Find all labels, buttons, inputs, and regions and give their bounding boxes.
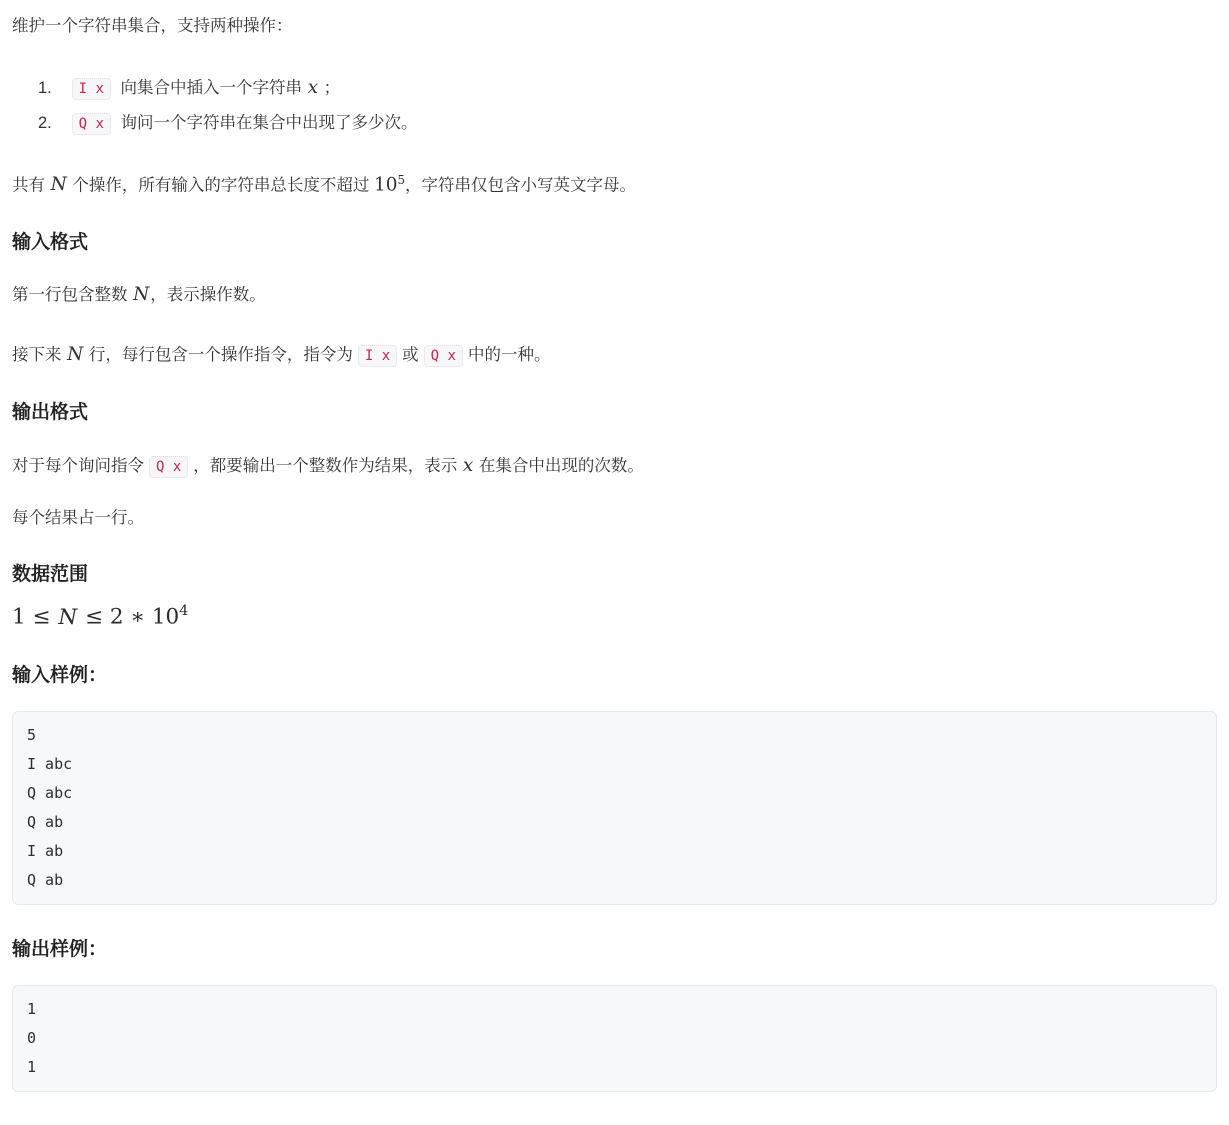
- section-heading-output-format: 输出格式: [12, 401, 1217, 425]
- math-superscript: 4: [179, 603, 188, 619]
- inline-code-insert: I x: [358, 345, 397, 367]
- list-item-text: 询问一个字符串在集合中出现了多少次。: [120, 114, 417, 132]
- problem-intro: 维护一个字符串集合，支持两种操作：: [12, 14, 1217, 40]
- list-item-insert: 1. I x 向集合中插入一个字符串 x ；: [38, 71, 1217, 106]
- data-range-formula: 1 ≤ N ≤ 2 ∗ 104: [12, 601, 1217, 634]
- math-var-n: N: [50, 174, 68, 195]
- math-var-n: N: [66, 344, 84, 365]
- math-number: 10: [374, 174, 398, 195]
- math-var-x: x: [462, 455, 474, 476]
- math-var-n: N: [57, 605, 78, 630]
- list-item-punct: ；: [324, 79, 341, 97]
- list-item-query: 2. Q x 询问一个字符串在集合中出现了多少次。: [38, 106, 1217, 141]
- math-var-n: N: [132, 284, 150, 305]
- section-heading-sample-input: 输入样例：: [12, 664, 1217, 688]
- output-format-line1: 对于每个询问指令Q x，都要输出一个整数作为结果，表示 x 在集合中出现的次数。: [12, 452, 1217, 481]
- operation-list: 1. I x 向集合中插入一个字符串 x ； 2. Q x 询问一个字符串在集合…: [12, 71, 1217, 141]
- input-format-line1: 第一行包含整数 N，表示操作数。: [12, 281, 1217, 310]
- intro-text: 维护一个字符串集合，支持两种操作：: [12, 17, 293, 35]
- list-number: 1.: [38, 71, 58, 105]
- input-format-line2: 接下来 N 行，每行包含一个操作指令，指令为I x或Q x中的一种。: [12, 341, 1217, 370]
- sample-input-code-block: 5 I abc Q abc Q ab I ab Q ab: [12, 711, 1217, 905]
- math-superscript: 5: [397, 173, 405, 187]
- inline-code-query: Q x: [424, 345, 463, 367]
- section-heading-data-range: 数据范围: [12, 563, 1217, 587]
- math-var-x: x: [307, 77, 319, 98]
- section-heading-input-format: 输入格式: [12, 231, 1217, 255]
- list-number: 2.: [38, 106, 58, 140]
- inline-code-query: Q x: [149, 456, 188, 478]
- problem-statement: 维护一个字符串集合，支持两种操作： 1. I x 向集合中插入一个字符串 x ；…: [12, 14, 1217, 1092]
- inline-code-query: Q x: [72, 113, 111, 135]
- sample-output-code-block: 1 0 1: [12, 985, 1217, 1092]
- section-heading-sample-output: 输出样例：: [12, 938, 1217, 962]
- output-format-line2: 每个结果占一行。: [12, 506, 1217, 532]
- constraints-paragraph: 共有 N 个操作，所有输入的字符串总长度不超过 105，字符串仅包含小写英文字母…: [12, 171, 1217, 200]
- list-item-text: 向集合中插入一个字符串: [120, 79, 306, 97]
- inline-code-insert: I x: [72, 78, 111, 100]
